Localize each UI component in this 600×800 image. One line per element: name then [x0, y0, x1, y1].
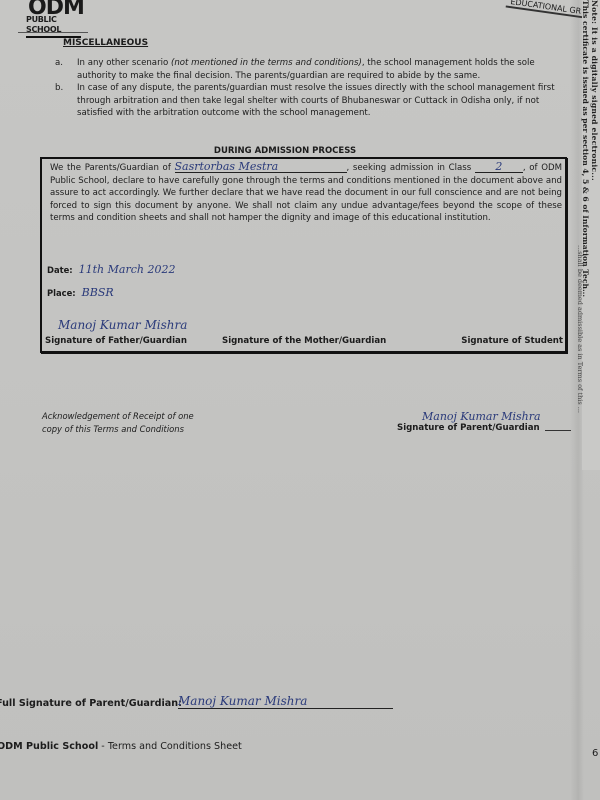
- declaration-text: We the Parents/Guardian of Sasrtorbas Me…: [50, 162, 562, 225]
- header-rule: [18, 32, 88, 33]
- footer-school: ODM Public School: [0, 741, 98, 752]
- place-row: Place:BBSR: [47, 281, 114, 300]
- place-field[interactable]: BBSR: [82, 286, 114, 299]
- section-heading-admission: DURING ADMISSION PROCESS: [0, 146, 570, 156]
- list-item: b. In case of any dispute, the parents/g…: [55, 82, 575, 120]
- list-marker: b.: [55, 82, 77, 120]
- miscellaneous-list: a. In any other scenario (not mentioned …: [55, 57, 575, 120]
- full-signature-label: Full Signature of Parent/Guardian:: [0, 698, 182, 709]
- logo-text: ODM: [28, 0, 81, 15]
- acknowledgement-text: Acknowledgement of Receipt of one copy o…: [42, 410, 194, 436]
- date-field[interactable]: 11th March 2022: [79, 263, 176, 276]
- page-number: 6: [592, 748, 598, 759]
- full-signature-field[interactable]: Manoj Kumar Mishra: [178, 694, 393, 709]
- parent-signature[interactable]: Manoj Kumar Mishra: [422, 410, 541, 423]
- list-item-text: In any other scenario (not mentioned in …: [77, 57, 575, 82]
- date-row: Date:11th March 2022: [47, 258, 175, 277]
- father-signature[interactable]: Manoj Kumar Mishra: [58, 318, 187, 332]
- section-heading-miscellaneous: MISCELLANEOUS: [63, 38, 148, 48]
- sig-student-label: Signature of Student: [461, 336, 563, 346]
- list-item: a. In any other scenario (not mentioned …: [55, 57, 575, 82]
- side-note-line1: Note: It is a digitally signed electroni…: [590, 0, 599, 181]
- sig-mother-label: Signature of the Mother/Guardian: [222, 336, 386, 346]
- place-label: Place:: [47, 288, 76, 298]
- signature-line: [545, 430, 571, 431]
- page-footer: ODM Public School - Terms and Conditions…: [0, 741, 242, 752]
- list-marker: a.: [55, 57, 77, 82]
- date-label: Date:: [47, 265, 73, 275]
- sig-parent-label: Signature of Parent/Guardian: [397, 423, 540, 433]
- footer-title: Terms and Conditions Sheet: [108, 741, 242, 752]
- list-item-text: In case of any dispute, the parents/guar…: [77, 82, 575, 120]
- class-field[interactable]: 2: [475, 162, 523, 173]
- side-note-line3: ...shall be deemed admissible as in Term…: [576, 245, 584, 413]
- sig-father-label: Signature of Father/Guardian: [45, 336, 187, 346]
- student-name-field[interactable]: Sasrtorbas Mestra: [175, 162, 347, 173]
- school-logo: ODM PUBLIC SCHOOL: [26, 0, 81, 28]
